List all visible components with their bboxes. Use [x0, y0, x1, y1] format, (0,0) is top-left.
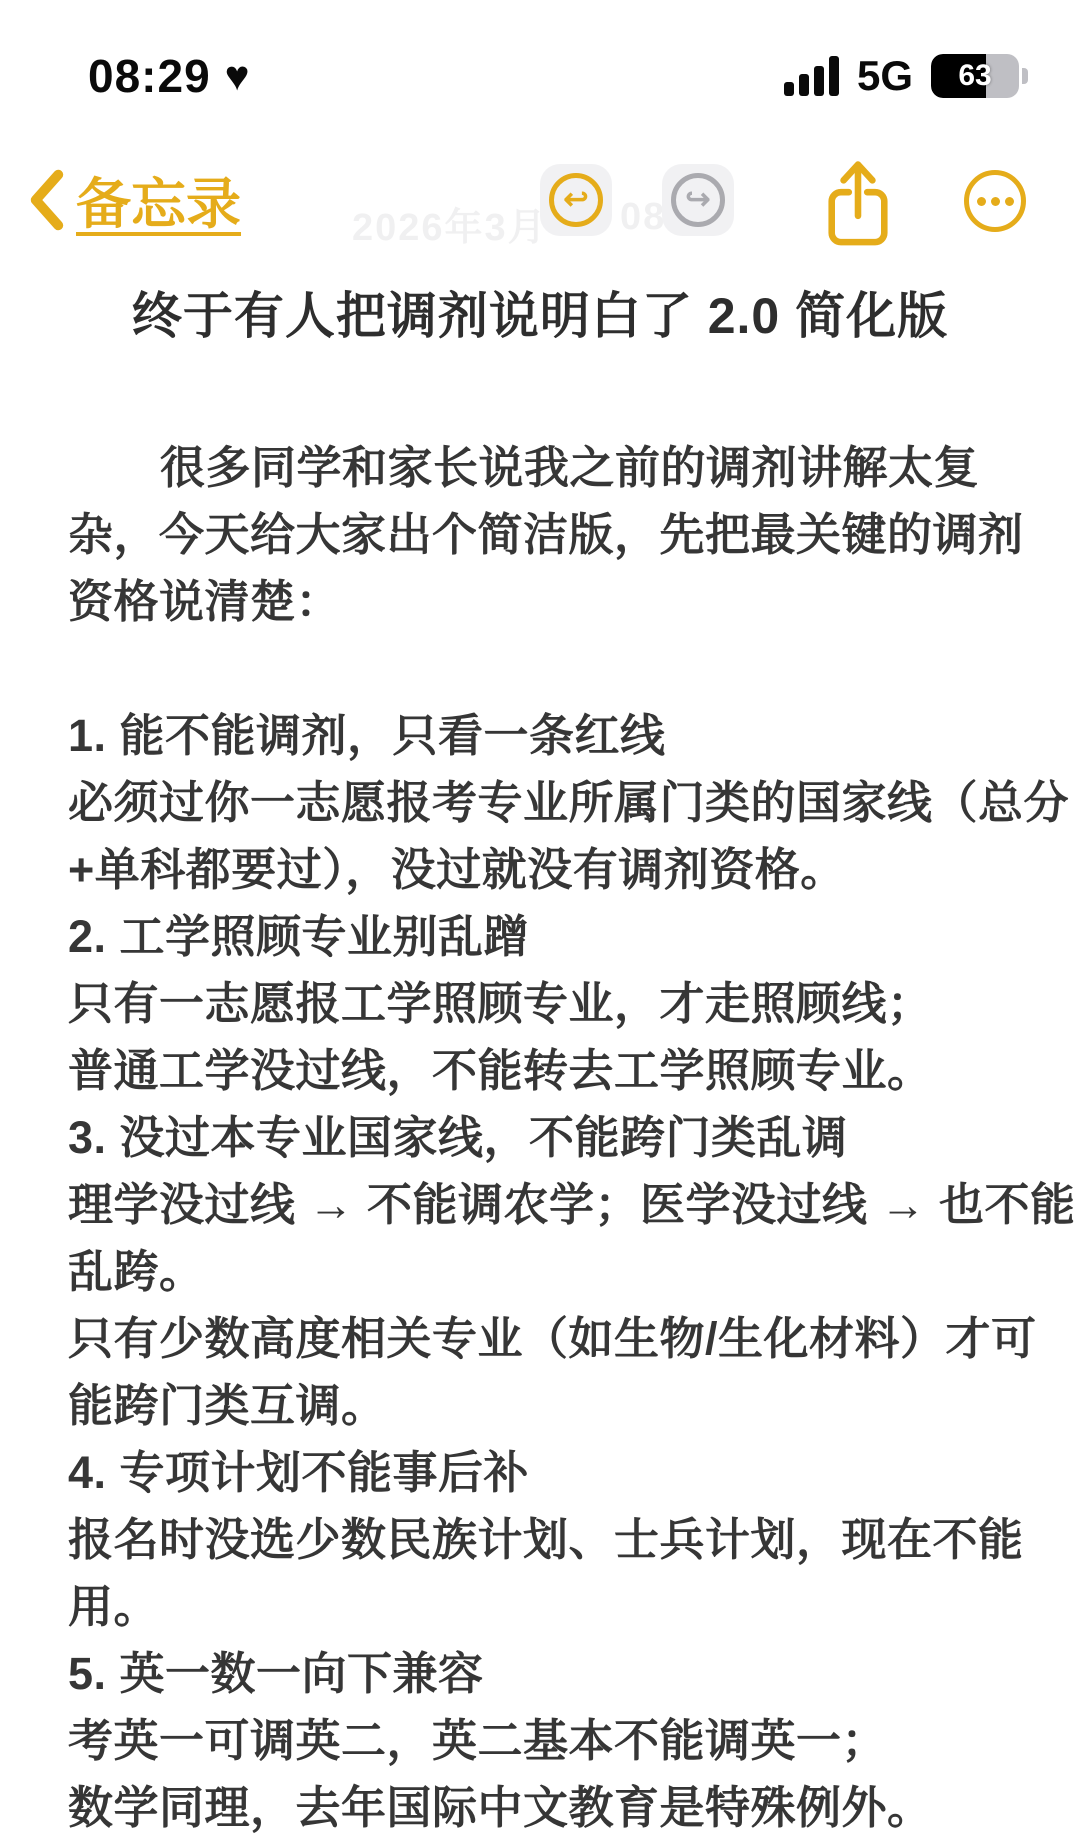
- back-button[interactable]: 备忘录: [30, 160, 241, 239]
- heart-icon: ♥: [225, 55, 250, 97]
- note-line: 2. 工学照顾专业别乱蹭: [68, 903, 1040, 970]
- status-left: 08:29 ♥: [88, 49, 250, 103]
- note-line: 能跨门类互调。: [68, 1372, 1040, 1439]
- note-line: 乱跨。: [68, 1238, 1040, 1305]
- note-line: 数学同理，去年国际中文教育是特殊例外。: [68, 1774, 1040, 1841]
- note-line: 资格说清楚：: [68, 568, 1040, 635]
- note-line: 理学没过线 → 不能调农学；医学没过线 → 也不能: [68, 1171, 1040, 1238]
- note-line: 用。: [68, 1573, 1040, 1640]
- note-line: 普通工学没过线，不能转去工学照顾专业。: [68, 1037, 1040, 1104]
- battery-nub: [1022, 68, 1028, 84]
- share-icon: [821, 158, 895, 250]
- note-line: 很多同学和家长说我之前的调剂讲解太复: [68, 434, 1040, 501]
- note-date-watermark-right: 08: [620, 196, 666, 239]
- undo-icon: ↩: [549, 173, 603, 227]
- more-options-button[interactable]: [964, 170, 1026, 232]
- network-type-label: 5G: [857, 52, 913, 100]
- cellular-signal-icon: [784, 56, 839, 96]
- status-right: 5G 63: [784, 52, 1028, 100]
- note-line: 4. 专项计划不能事后补: [68, 1439, 1040, 1506]
- status-bar: 08:29 ♥ 5G 63: [88, 40, 1028, 112]
- ellipsis-icon: [964, 170, 1026, 232]
- note-line: 只有一志愿报工学照顾专业，才走照顾线；: [68, 970, 1040, 1037]
- undo-button[interactable]: ↩: [540, 164, 612, 236]
- back-button-label: 备忘录: [76, 160, 241, 239]
- share-button[interactable]: [818, 156, 898, 252]
- note-line: 杂，今天给大家出个简洁版，先把最关键的调剂: [68, 501, 1040, 568]
- note-line: +单科都要过），没过就没有调剂资格。: [68, 836, 1040, 903]
- note-line: 必须过你一志愿报考专业所属门类的国家线（总分: [68, 769, 1040, 836]
- note-line: 5. 英一数一向下兼容: [68, 1640, 1040, 1707]
- note-line: [68, 635, 1040, 702]
- redo-button[interactable]: ↪: [662, 164, 734, 236]
- note-title: 终于有人把调剂说明白了 2.0 简化版: [0, 276, 1080, 348]
- note-line: 3. 没过本专业国家线，不能跨门类乱调: [68, 1104, 1040, 1171]
- note-date-watermark-left: 2026年3月: [352, 196, 548, 251]
- battery-icon: 63: [931, 54, 1028, 98]
- chevron-left-icon: [30, 169, 64, 231]
- note-line: 报名时没选少数民族计划、士兵计划，现在不能: [68, 1506, 1040, 1573]
- redo-icon: ↪: [671, 173, 725, 227]
- nav-bar: 2026年3月 08 备忘录 ↩ ↪: [0, 150, 1080, 258]
- note-line: 只有少数高度相关专业（如生物/生化材料）才可: [68, 1305, 1040, 1372]
- note-body[interactable]: 很多同学和家长说我之前的调剂讲解太复杂，今天给大家出个简洁版，先把最关键的调剂资…: [68, 434, 1040, 1841]
- note-line: 1. 能不能调剂，只看一条红线: [68, 702, 1040, 769]
- clock: 08:29: [88, 49, 211, 103]
- note-line: 考英一可调英二，英二基本不能调英一；: [68, 1707, 1040, 1774]
- battery-percent-label: 63: [931, 54, 1019, 98]
